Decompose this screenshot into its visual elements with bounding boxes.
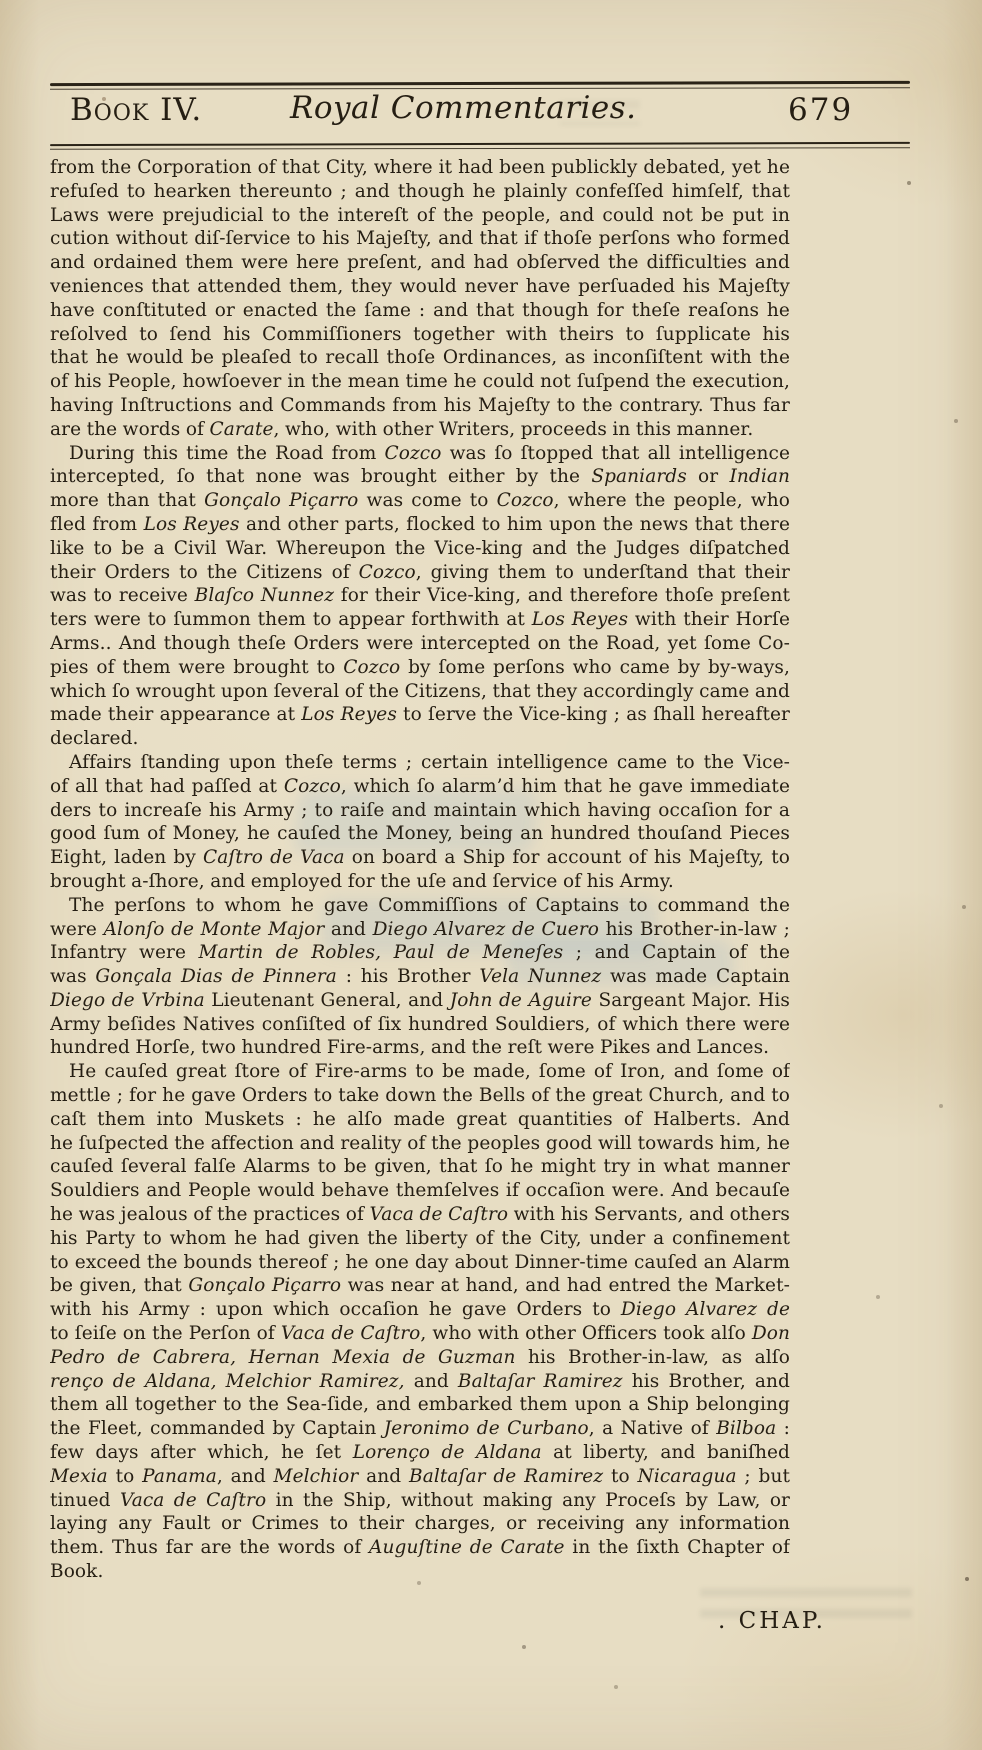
text-line: Laws were prejudicial to the intereſt of… [50,204,790,228]
text-line: have conſtituted or enacted the ſame : a… [50,299,790,323]
text-line: Infantry were Martin de Robles, Paul de … [50,941,790,965]
page-number: 679 [788,92,853,128]
text-line: The perſons to whom he gave Commiſſions … [50,894,790,918]
text-line: them all together to the Sea-ſide, and e… [50,1393,790,1417]
text-line: hundred Horſe, two hundred Fire-arms, an… [50,1036,790,1060]
text-line: having Inſtructions and Commands from hi… [50,394,790,418]
text-line: their Orders to the Citizens of Cozco, g… [50,561,790,585]
text-line: intercepted, ſo that none was brought ei… [50,465,790,489]
paragraph: He cauſed great ſtore of Fire-arms to be… [50,1060,790,1584]
header-rule-top [50,82,910,89]
text-line: like to be a Civil War. Whereupon the Vi… [50,537,790,561]
text-line: He cauſed great ſtore of Fire-arms to be… [50,1060,790,1084]
text-line: renço de Aldana, Melchior Ramirez, and B… [50,1370,790,1394]
text-line: pies of them were brought to Cozco by ſo… [50,656,790,680]
text-line: mettle ; for he gave Orders to take down… [50,1084,790,1108]
text-line: he ſuſpected the affection and reality o… [50,1132,790,1156]
text-line: more than that Gonçalo Piçarro was come … [50,489,790,513]
text-line: them. Thus far are the words of Auguſtin… [50,1536,790,1560]
text-block: from the Corporation of that City, where… [50,156,790,1584]
text-line: made their appearance at Los Reyes to ſe… [50,703,790,727]
paragraph: Affairs ſtanding upon theſe terms ; cert… [50,751,790,894]
text-line: with his Army : upon which occaſion he g… [50,1298,790,1322]
text-line: brought a-ſhore, and employed for the uſ… [50,870,790,894]
text-line: caſt them into Muskets : he alſo made gr… [50,1108,790,1132]
text-line: of all that had paſſed at Cozco, which ſ… [50,775,790,799]
text-line: the Fleet, commanded by Captain Jeronimo… [50,1417,790,1441]
text-line: tinued Vaca de Caſtro in the Ship, witho… [50,1489,790,1513]
text-line: fled from Los Reyes and other parts, flo… [50,513,790,537]
text-line: his Party to whom he had given the liber… [50,1227,790,1251]
text-line: was to receive Blaſco Nunnez for their V… [50,584,790,608]
paragraph: The perſons to whom he gave Commiſſions … [50,894,790,1061]
text-line: Mexia to Panama, and Melchior and Baltaſ… [50,1465,790,1489]
text-line: ders to increaſe his Army ; to raiſe and… [50,799,790,823]
book-page: Book IV. Royal Commentaries. 679 from th… [0,0,982,1750]
text-line: ters were to ſummon them to appear forth… [50,608,790,632]
text-line: Army beſides Natives conſiſted of ſix hu… [50,1013,790,1037]
paragraph: During this time the Road from Cozco was… [50,442,790,751]
text-line: were Alonſo de Monte Major and Diego Alv… [50,918,790,942]
text-line: laying any Fault or Crimes to their char… [50,1512,790,1536]
text-line: refuſed to hearken thereunto ; and thoug… [50,180,790,204]
catchword: . CHAP. [676,1608,826,1634]
book-label: Book IV. [70,92,202,128]
text-line: are the words of Carate, who, with other… [50,418,790,442]
text-line: to exceed the bounds thereof ; he one da… [50,1251,790,1275]
text-line: During this time the Road from Cozco was… [50,442,790,466]
text-line: reſolved to ſend his Commiſſioners toget… [50,323,790,347]
text-line: cution without diſ-ſervice to his Majeſt… [50,227,790,251]
running-header: Book IV. Royal Commentaries. 679 [50,90,910,136]
text-line: veniences that attended them, they would… [50,275,790,299]
header-rule-bottom [50,143,910,149]
text-line: few days after which, he ſet Lorenço de … [50,1441,790,1465]
text-line: and ordained them were here preſent, and… [50,251,790,275]
paragraph: from the Corporation of that City, where… [50,156,790,442]
text-line: he was jealous of the practices of Vaca … [50,1203,790,1227]
text-line: was Gonçala Dias de Pinnera : his Brothe… [50,965,790,989]
text-line: which ſo wrought upon ſeveral of the Cit… [50,680,790,704]
text-line: that he would be pleaſed to recall thoſe… [50,346,790,370]
text-line: to ſeiſe on the Perſon of Vaca de Caſtro… [50,1322,790,1346]
text-line: declared. [50,727,790,751]
text-line: Book. [50,1560,790,1584]
text-line: Arms.. And though theſe Orders were inte… [50,632,790,656]
text-line: from the Corporation of that City, where… [50,156,790,180]
text-line: Diego de Vrbina Lieutenant General, and … [50,989,790,1013]
text-line: Eight, laden by Caſtro de Vaca on board … [50,846,790,870]
text-line: be given, that Gonçalo Piçarro was near … [50,1274,790,1298]
text-line: cauſed ſeveral falſe Alarms to be given,… [50,1155,790,1179]
text-line: good ſum of Money, he cauſed the Money, … [50,822,790,846]
text-line: Souldiers and People would behave themſe… [50,1179,790,1203]
text-line: of his People, howſoever in the mean tim… [50,370,790,394]
text-line: Pedro de Cabrera, Hernan Mexia de Guzman… [50,1346,790,1370]
paper-specks [0,0,2,2]
page-title: Royal Commentaries. [290,90,637,126]
text-line: Affairs ſtanding upon theſe terms ; cert… [50,751,790,775]
